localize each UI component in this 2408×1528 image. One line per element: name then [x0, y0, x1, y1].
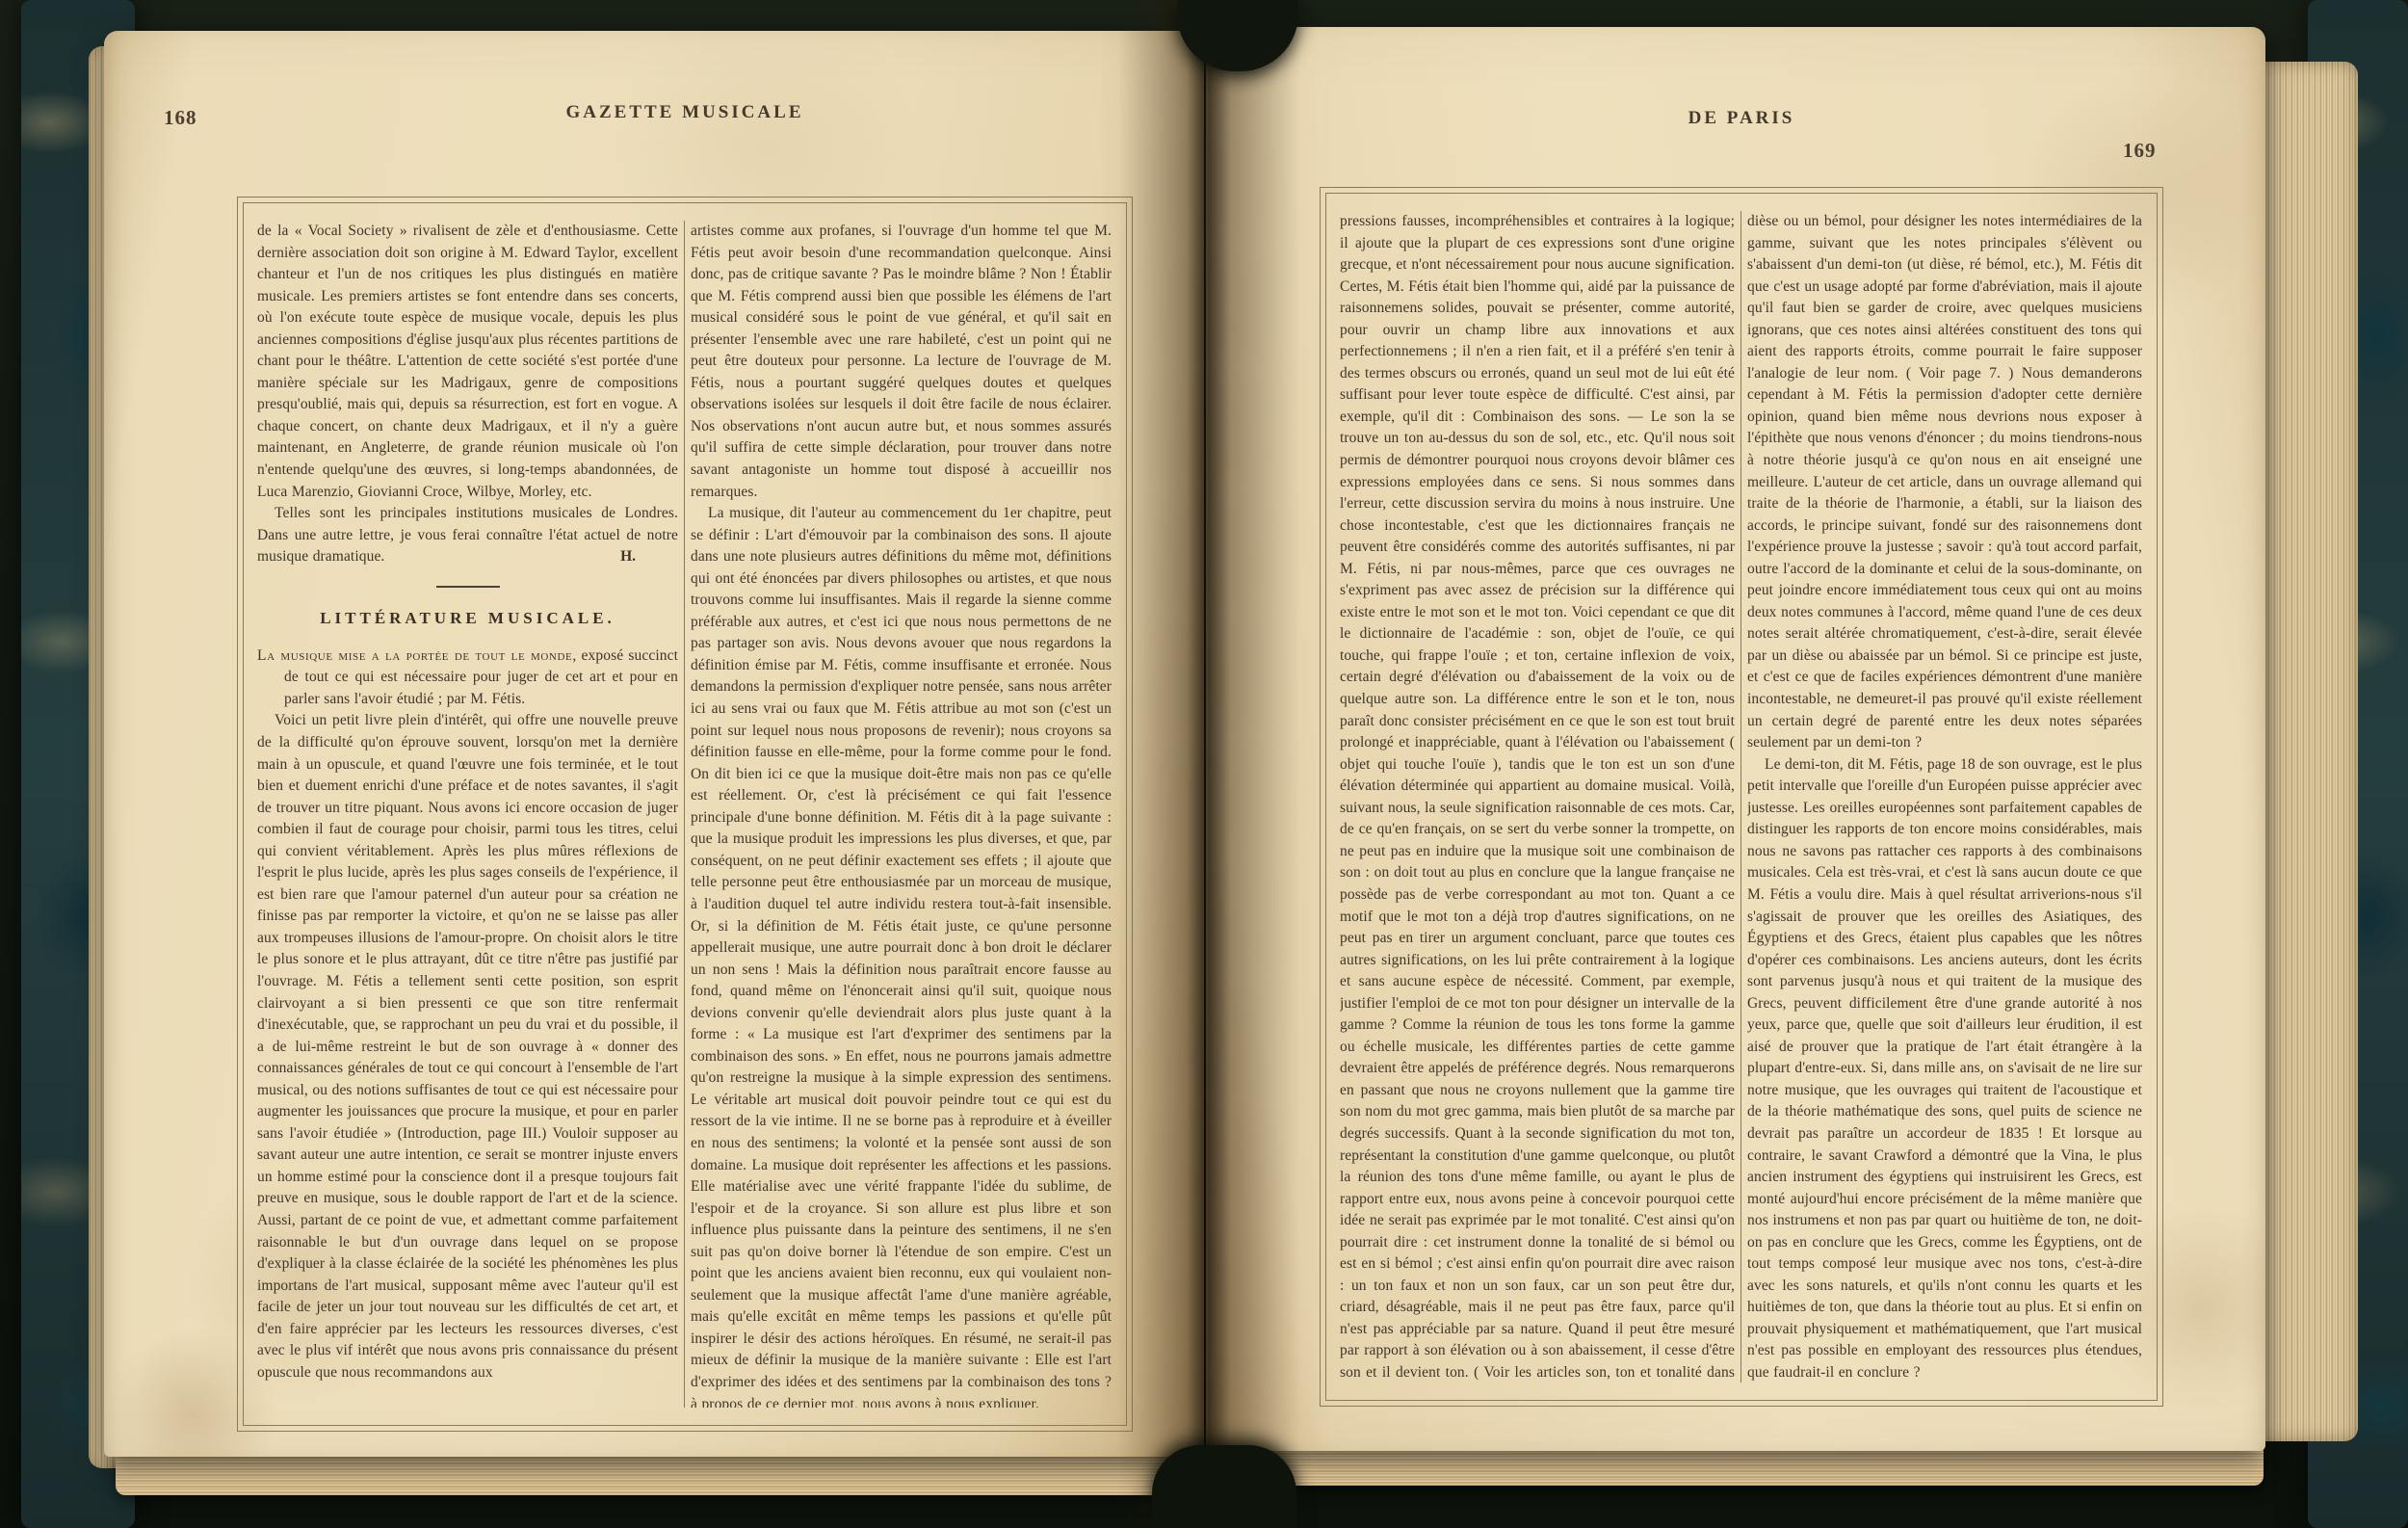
- paragraph: La musique, dit l'auteur au commencement…: [691, 503, 1112, 1408]
- page-edge-stack-right: [2262, 62, 2358, 1441]
- paragraph: Le demi-ton, dit M. Fétis, page 18 de so…: [1747, 754, 2142, 1383]
- paragraph: artistes comme aux profanes, si l'ouvrag…: [691, 221, 1112, 503]
- right-page-number: 169: [2123, 139, 2157, 163]
- paragraph: Voici un petit livre plein d'intérêt, qu…: [257, 710, 678, 1383]
- column-rule: [1741, 211, 1741, 1383]
- paragraph: de la « Vocal Society » rivalisent de zè…: [257, 221, 678, 503]
- book-scan-scene: 168 GAZETTE MUSICALE de la « Vocal Socie…: [0, 0, 2408, 1528]
- page-edge-stack-bottom-right: [1210, 1447, 2264, 1486]
- left-running-head: GAZETTE MUSICALE: [243, 102, 1127, 123]
- gutter-notch-bottom: [1152, 1445, 1296, 1528]
- column-rule: [684, 221, 685, 1408]
- left-column-1: de la « Vocal Society » rivalisent de zè…: [257, 221, 678, 1408]
- right-text-frame: pressions fausses, incompréhensibles et …: [1325, 193, 2158, 1401]
- right-column-1: pressions fausses, incompréhensibles et …: [1340, 211, 1735, 1383]
- right-page: DE PARIS 169 pressions fausses, incompré…: [1206, 27, 2265, 1451]
- left-page: 168 GAZETTE MUSICALE de la « Vocal Socie…: [104, 31, 1204, 1457]
- right-column-2: dièse ou un bémol, pour désigner les not…: [1747, 211, 2142, 1383]
- section-heading: LITTÉRATURE MUSICALE.: [257, 609, 678, 628]
- left-column-2: artistes comme aux profanes, si l'ouvrag…: [691, 221, 1112, 1408]
- left-page-number: 168: [164, 106, 197, 130]
- right-running-head: DE PARIS: [1325, 108, 2158, 129]
- left-text-frame: de la « Vocal Society » rivalisent de zè…: [243, 202, 1127, 1426]
- section-divider: [436, 586, 500, 588]
- paragraph: pressions fausses, incompréhensibles et …: [1340, 211, 1735, 1383]
- page-edge-stack-bottom-left: [116, 1453, 1200, 1495]
- review-title: La musique mise a la portée de tout le m…: [257, 645, 678, 711]
- paragraph: dièse ou un bémol, pour désigner les not…: [1747, 211, 2142, 754]
- review-title-smallcaps: La musique mise a la portée de tout le m…: [257, 647, 572, 664]
